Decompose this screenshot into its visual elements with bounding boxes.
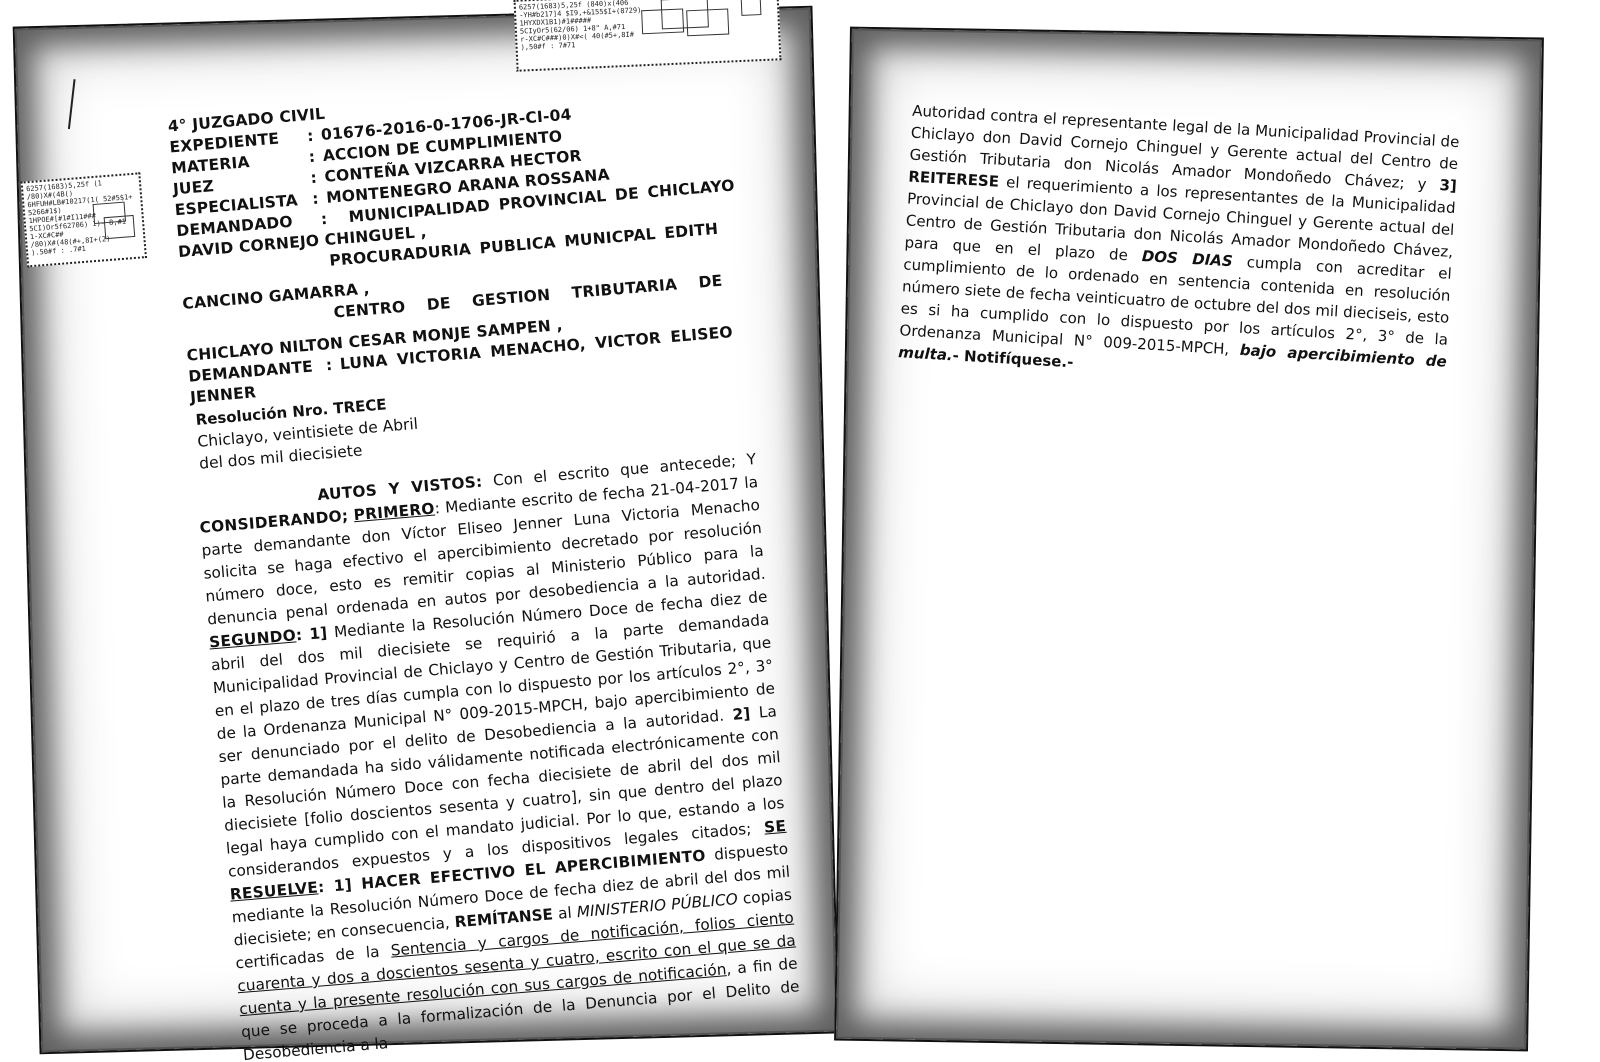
barcode-stamp-top: 6257(1683)5,25f (840)x(406 -YH#b217]4 $I… [514,0,782,72]
document-page-right: Autoridad contra el representante legal … [834,27,1544,1052]
resolution-body-continued: Autoridad contra el representante legal … [898,100,1460,395]
resolution-body: AUTOS Y VISTOS: Con el escrito que antec… [197,448,802,1062]
barcode-stamp-side: 6257(1683)5,25f (1 /80)X#(4B() 6HFUH#LB#… [21,172,147,267]
segundo-label: SEGUNDO [208,626,296,651]
dos-dias-label: DOS DIAS [1141,247,1233,270]
document-page-left: 6257(1683)5,25f (840)x(406 -YH#b217]4 $I… [13,6,840,1055]
case-header: 4° JUZGADO CIVIL EXPEDIENTE : 01676-2016… [167,71,749,409]
stamp-seal-icon [741,0,762,16]
stamp-box-icon [686,8,729,36]
pen-mark [68,79,76,129]
stamp-box-icon [104,215,136,239]
primero-label: PRIMERO [353,500,435,525]
remitanse-label: REMÍTANSE [454,905,554,931]
notifiquese-label: - Notifíquese.- [952,346,1074,371]
